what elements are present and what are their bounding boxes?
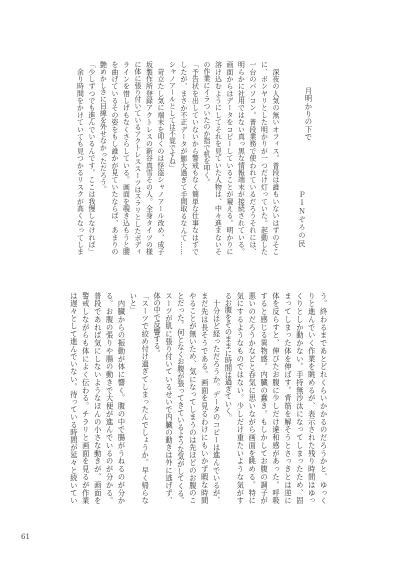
text-column: る。お腹の張りや腸の動きで大便が進んでいるのが分かる。: [104, 292, 116, 504]
story-author: ＰＩＮぞろの民: [297, 190, 307, 248]
text-column: に、ボンヤリとした明かりが一つだけ灯っていた。起動した: [257, 61, 269, 255]
text-column: 坂製作所登録アクトレスの新谷真雪その人。全身タイツの様: [142, 61, 154, 255]
text-column: りと進んでいく作業を眺めるが、表示された残り時間はゆっ: [306, 292, 318, 504]
text-column: の作業にイラついたのか指で机を叩く。: [200, 61, 212, 255]
text-column: いと」: [127, 292, 139, 504]
text-column: 悪いのだろうかなどと呑気に思いながら画面を眺める。特に: [246, 292, 258, 504]
text-column: スーツが肌に張り付いているせいで内臓の動きは外に逃げず、: [163, 292, 175, 504]
story-title: 月明かりの下で: [303, 87, 313, 141]
text-column: るお腹をそのままに時間は過ぎていく。: [223, 292, 235, 504]
text-column: 明らかに社用ではない真っ黒な情報端末が接続されている。: [234, 61, 246, 255]
text-column: したが、まさか不正データが膨大過ぎて手間取るなんて……: [177, 61, 189, 255]
text-column: う。終わるまであとどれくらいかかるのだろうかと、ゆっく: [318, 292, 330, 504]
text-column: 艶めかしさに目線を外せなかっただろう。: [96, 61, 108, 255]
text-column: まってしまった体を伸ばす。背筋を解そうとさっきとは逆に: [282, 292, 294, 504]
text-column: ラインを惜しげもなくさらしている。画面を覗き込もうと腰: [119, 61, 131, 255]
text-column: 苛立たし気に端末を叩くのは怪盗シャノアール改め、成子: [154, 61, 166, 255]
text-column: 「スーツで絞め付け過ぎてしまったんでしょうか。早く帰らな: [139, 292, 151, 504]
text-column: を曲げているその姿をもし誰かが見ていたならば、あまりの: [108, 61, 120, 255]
text-column: すると感じる異物感。内臓の蠢き。もしかしてお腹の調子が: [258, 292, 270, 504]
text-column: 一台のパソコン。普段業務で使われているだろうそれには、: [246, 61, 258, 255]
page-number: 61: [21, 533, 30, 541]
text-column: 警戒しながらも体によく伝わる。チラリと画面を見るが作業: [80, 292, 92, 504]
text-column: 体を反らすと、伸びたお腹に少しだけ違和感があった。呼吸: [270, 292, 282, 504]
text-column: 普段であれば気にしないようなほんの小さな動きが、画面を: [92, 292, 104, 504]
text-column: まだ先は長そうである。画面を見るわけにもいかず暇な時間: [199, 292, 211, 504]
text-column: 「予告状を出していないから警戒もなく簡単な仕事なはずで: [188, 61, 200, 255]
lower-tier-text: う。終わるまであとどれくらいかかるのだろうかと、ゆっく りと進んでいく作業を眺め…: [68, 292, 330, 504]
text-column: 画面からはデータをコピーしていることが窺える。明かりに: [223, 61, 235, 255]
text-column: とだった。何となくお腹が張ってきているような気がしてくる。: [175, 292, 187, 504]
text-column: 内臓からの振動が体に響く。腹の中で腸がうねるのが分か: [116, 292, 128, 504]
text-column: くりとしか動かない。手持無沙汰になってしまったため、固: [294, 292, 306, 504]
book-page: 月明かりの下で ＰＩＮぞろの民 深夜の人気の無いオフィス。普段は誰もいないはずの…: [0, 0, 400, 565]
text-column: 溶け込むようにしてそれを見ていた人物は、中々進まないそ: [211, 61, 223, 255]
text-column: は遅々として進んでいない。待っている時間が延々と続いてい: [68, 292, 80, 504]
text-column: 「少しずつでも進んでいるんです。ここは我慢しなければ」: [85, 61, 97, 255]
text-column: やることが無いため、気になってしまうのは先ほどのお腹のこ: [187, 292, 199, 504]
text-column: 体の中で反響する。: [151, 292, 163, 504]
upper-tier-text: 深夜の人気の無いオフィス。普段は誰もいないはずのそこ に、ボンヤリとした明かりが…: [73, 61, 280, 255]
text-column: シャノアールとしては不覚ですね」: [165, 61, 177, 255]
text-column: に体に張り付いているアクトレススーツはスラリとしたボディ: [131, 61, 143, 255]
text-column: 十分ほど経っただろうか。データのコピーは進んでいるが、: [211, 292, 223, 504]
text-column: 気にするようなものではない。少しだけ重たいような気がす: [234, 292, 246, 504]
text-column: 余り時間をかけていても見つかるリスクが高くなってしま: [73, 61, 85, 255]
text-column: 深夜の人気の無いオフィス。普段は誰もいないはずのそこ: [269, 61, 281, 255]
